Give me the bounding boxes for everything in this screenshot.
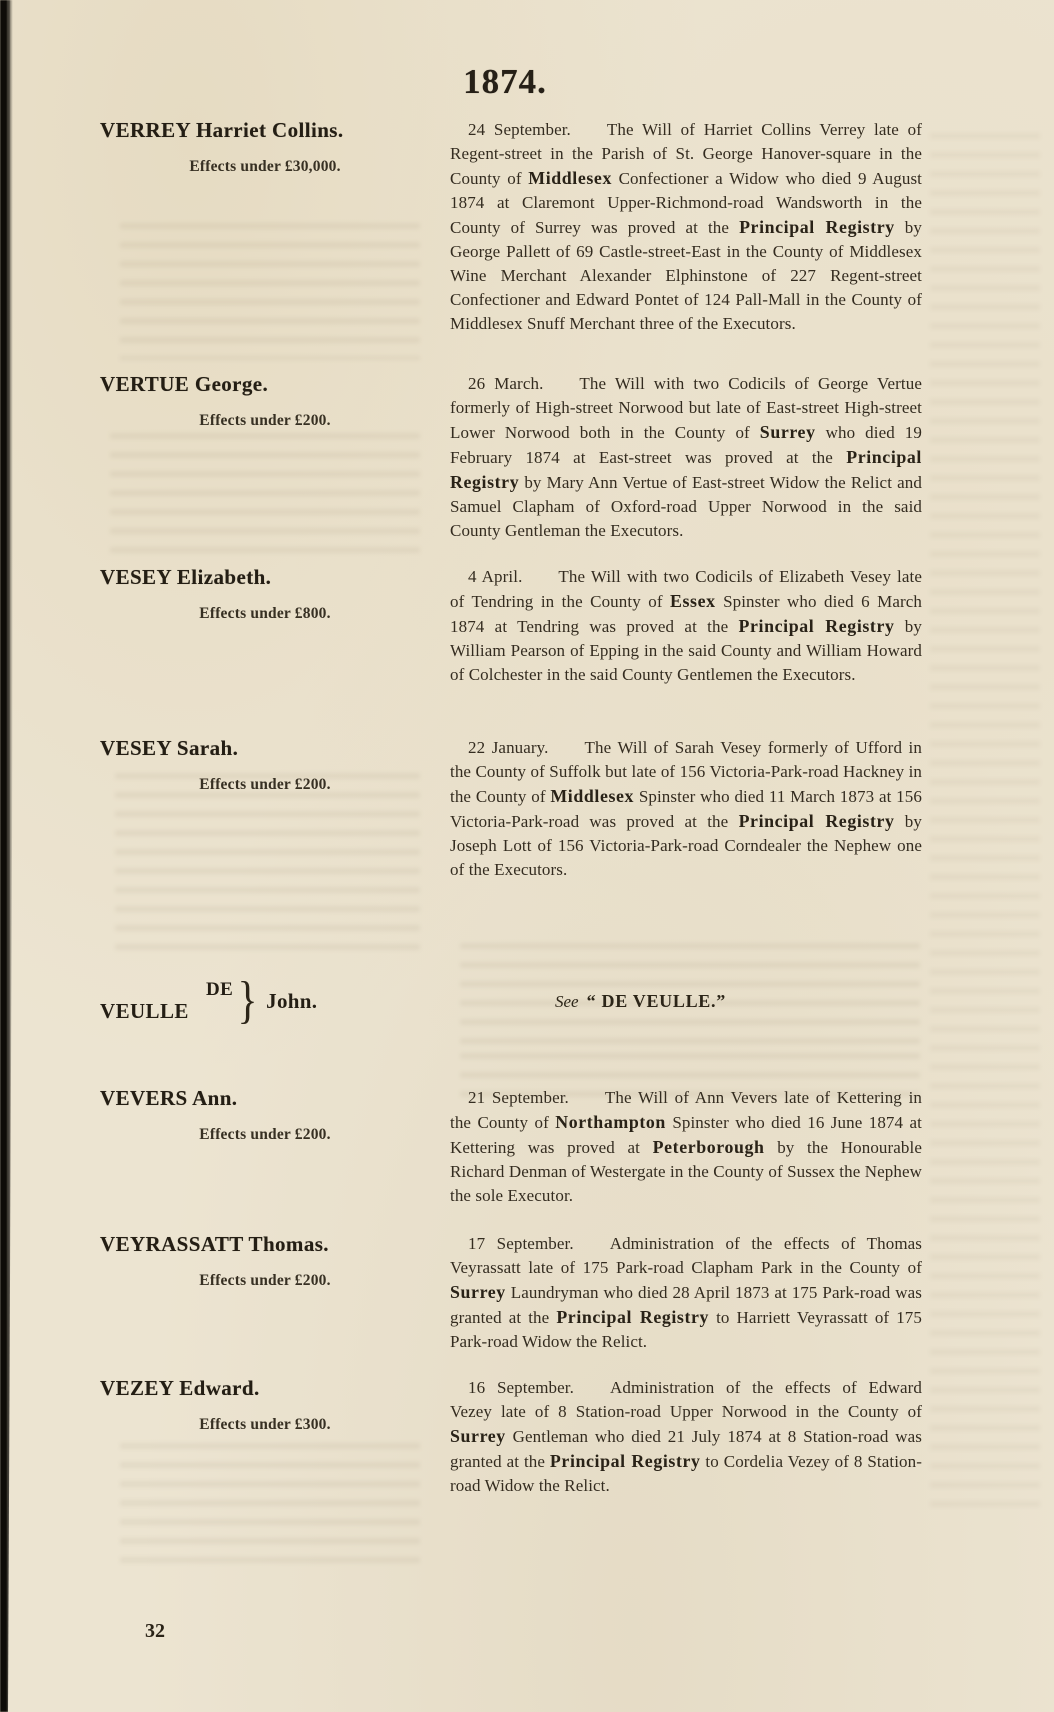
entry-name-stack: DE VEULLE [100,980,233,1022]
entry-effects: Effects under £200. [100,776,430,794]
entry-date: 22 January. [468,738,549,757]
entry-name: VEVERS Ann. [100,1086,430,1111]
entry-body-column: 21 September.The Will of Ann Vevers late… [450,1086,922,1208]
scan-edge-shadow [0,0,16,1712]
entry-effects: Effects under £200. [100,412,430,430]
entry-name-column: VESEY Sarah. Effects under £200. [100,736,430,794]
entry-date: 24 September. [468,120,571,139]
entry-text: The Will of Harriet Collins Verrey late … [450,120,922,333]
showthrough-ghost [930,120,1040,1520]
entry-name: VESEY Sarah. [100,736,430,761]
entry-body: 16 September.Administration of the effec… [450,1376,922,1498]
entry-date: 16 September. [468,1378,574,1397]
entry-date: 26 March. [468,374,543,393]
entry-name-column: VEYRASSATT Thomas. Effects under £200. [100,1232,430,1290]
entry-text: The Will with two Codicils of George Ver… [450,374,922,540]
entry-name-given: John. [266,989,317,1014]
document-page: 1874. VERREY Harriet Collins. Effects un… [0,0,1054,1712]
entry-name-column: VESEY Elizabeth. Effects under £800. [100,565,430,623]
entry-name-column: VERREY Harriet Collins. Effects under £3… [100,118,430,176]
showthrough-ghost [120,1430,420,1570]
entry-name-column: VERTUE George. Effects under £200. [100,372,430,430]
entry-body: 22 January.The Will of Sarah Vesey forme… [450,736,922,882]
entry-body: 4 April.The Will with two Codicils of El… [450,565,922,687]
entry-effects: Effects under £200. [100,1126,430,1144]
entry-body-column: 17 September.Administration of the effec… [450,1232,922,1354]
entry-name-column: VEVERS Ann. Effects under £200. [100,1086,430,1144]
page-number: 32 [145,1620,165,1643]
entry-body: 17 September.Administration of the effec… [450,1232,922,1354]
entry-name: VERREY Harriet Collins. [100,118,430,143]
entry-effects: Effects under £200. [100,1272,430,1290]
entry-body: 24 September.The Will of Harriet Collins… [450,118,922,336]
cross-reference-target: “ DE VEULLE.” [587,991,726,1011]
entry-name: VESEY Elizabeth. [100,565,430,590]
probate-entry: DE VEULLE } John. See“ DE VEULLE.” [0,975,1054,1035]
entry-body-column: 4 April.The Will with two Codicils of El… [450,565,922,687]
entry-date: 21 September. [468,1088,569,1107]
entry-name-surname: VEULLE [100,1001,189,1022]
entry-name: VEYRASSATT Thomas. [100,1232,430,1257]
entry-body-column: 22 January.The Will of Sarah Vesey forme… [450,736,922,882]
entry-body-column: 24 September.The Will of Harriet Collins… [450,118,922,336]
showthrough-ghost [110,420,420,560]
entry-name: DE VEULLE } John. [100,975,317,1027]
entry-effects: Effects under £800. [100,605,430,623]
entry-name: VEZEY Edward. [100,1376,430,1401]
entry-text: The Will of Sarah Vesey formerly of Uffo… [450,738,922,879]
entry-body-column: 16 September.Administration of the effec… [450,1376,922,1498]
entry-effects: Effects under £300. [100,1416,430,1434]
brace-glyph: } [238,975,258,1027]
entry-body: 26 March.The Will with two Codicils of G… [450,372,922,543]
year-heading: 1874. [0,62,1010,102]
see-label: See [555,992,579,1011]
entry-date: 17 September. [468,1234,574,1253]
entry-name-prefix: DE [206,980,233,999]
entry-name: VERTUE George. [100,372,430,397]
entry-body-column: 26 March.The Will with two Codicils of G… [450,372,922,543]
entry-date: 4 April. [468,567,522,586]
showthrough-ghost [120,210,420,360]
entry-body: 21 September.The Will of Ann Vevers late… [450,1086,922,1208]
cross-reference: See“ DE VEULLE.” [555,991,726,1012]
entry-name-column: VEZEY Edward. Effects under £300. [100,1376,430,1434]
entry-effects: Effects under £30,000. [100,158,430,176]
